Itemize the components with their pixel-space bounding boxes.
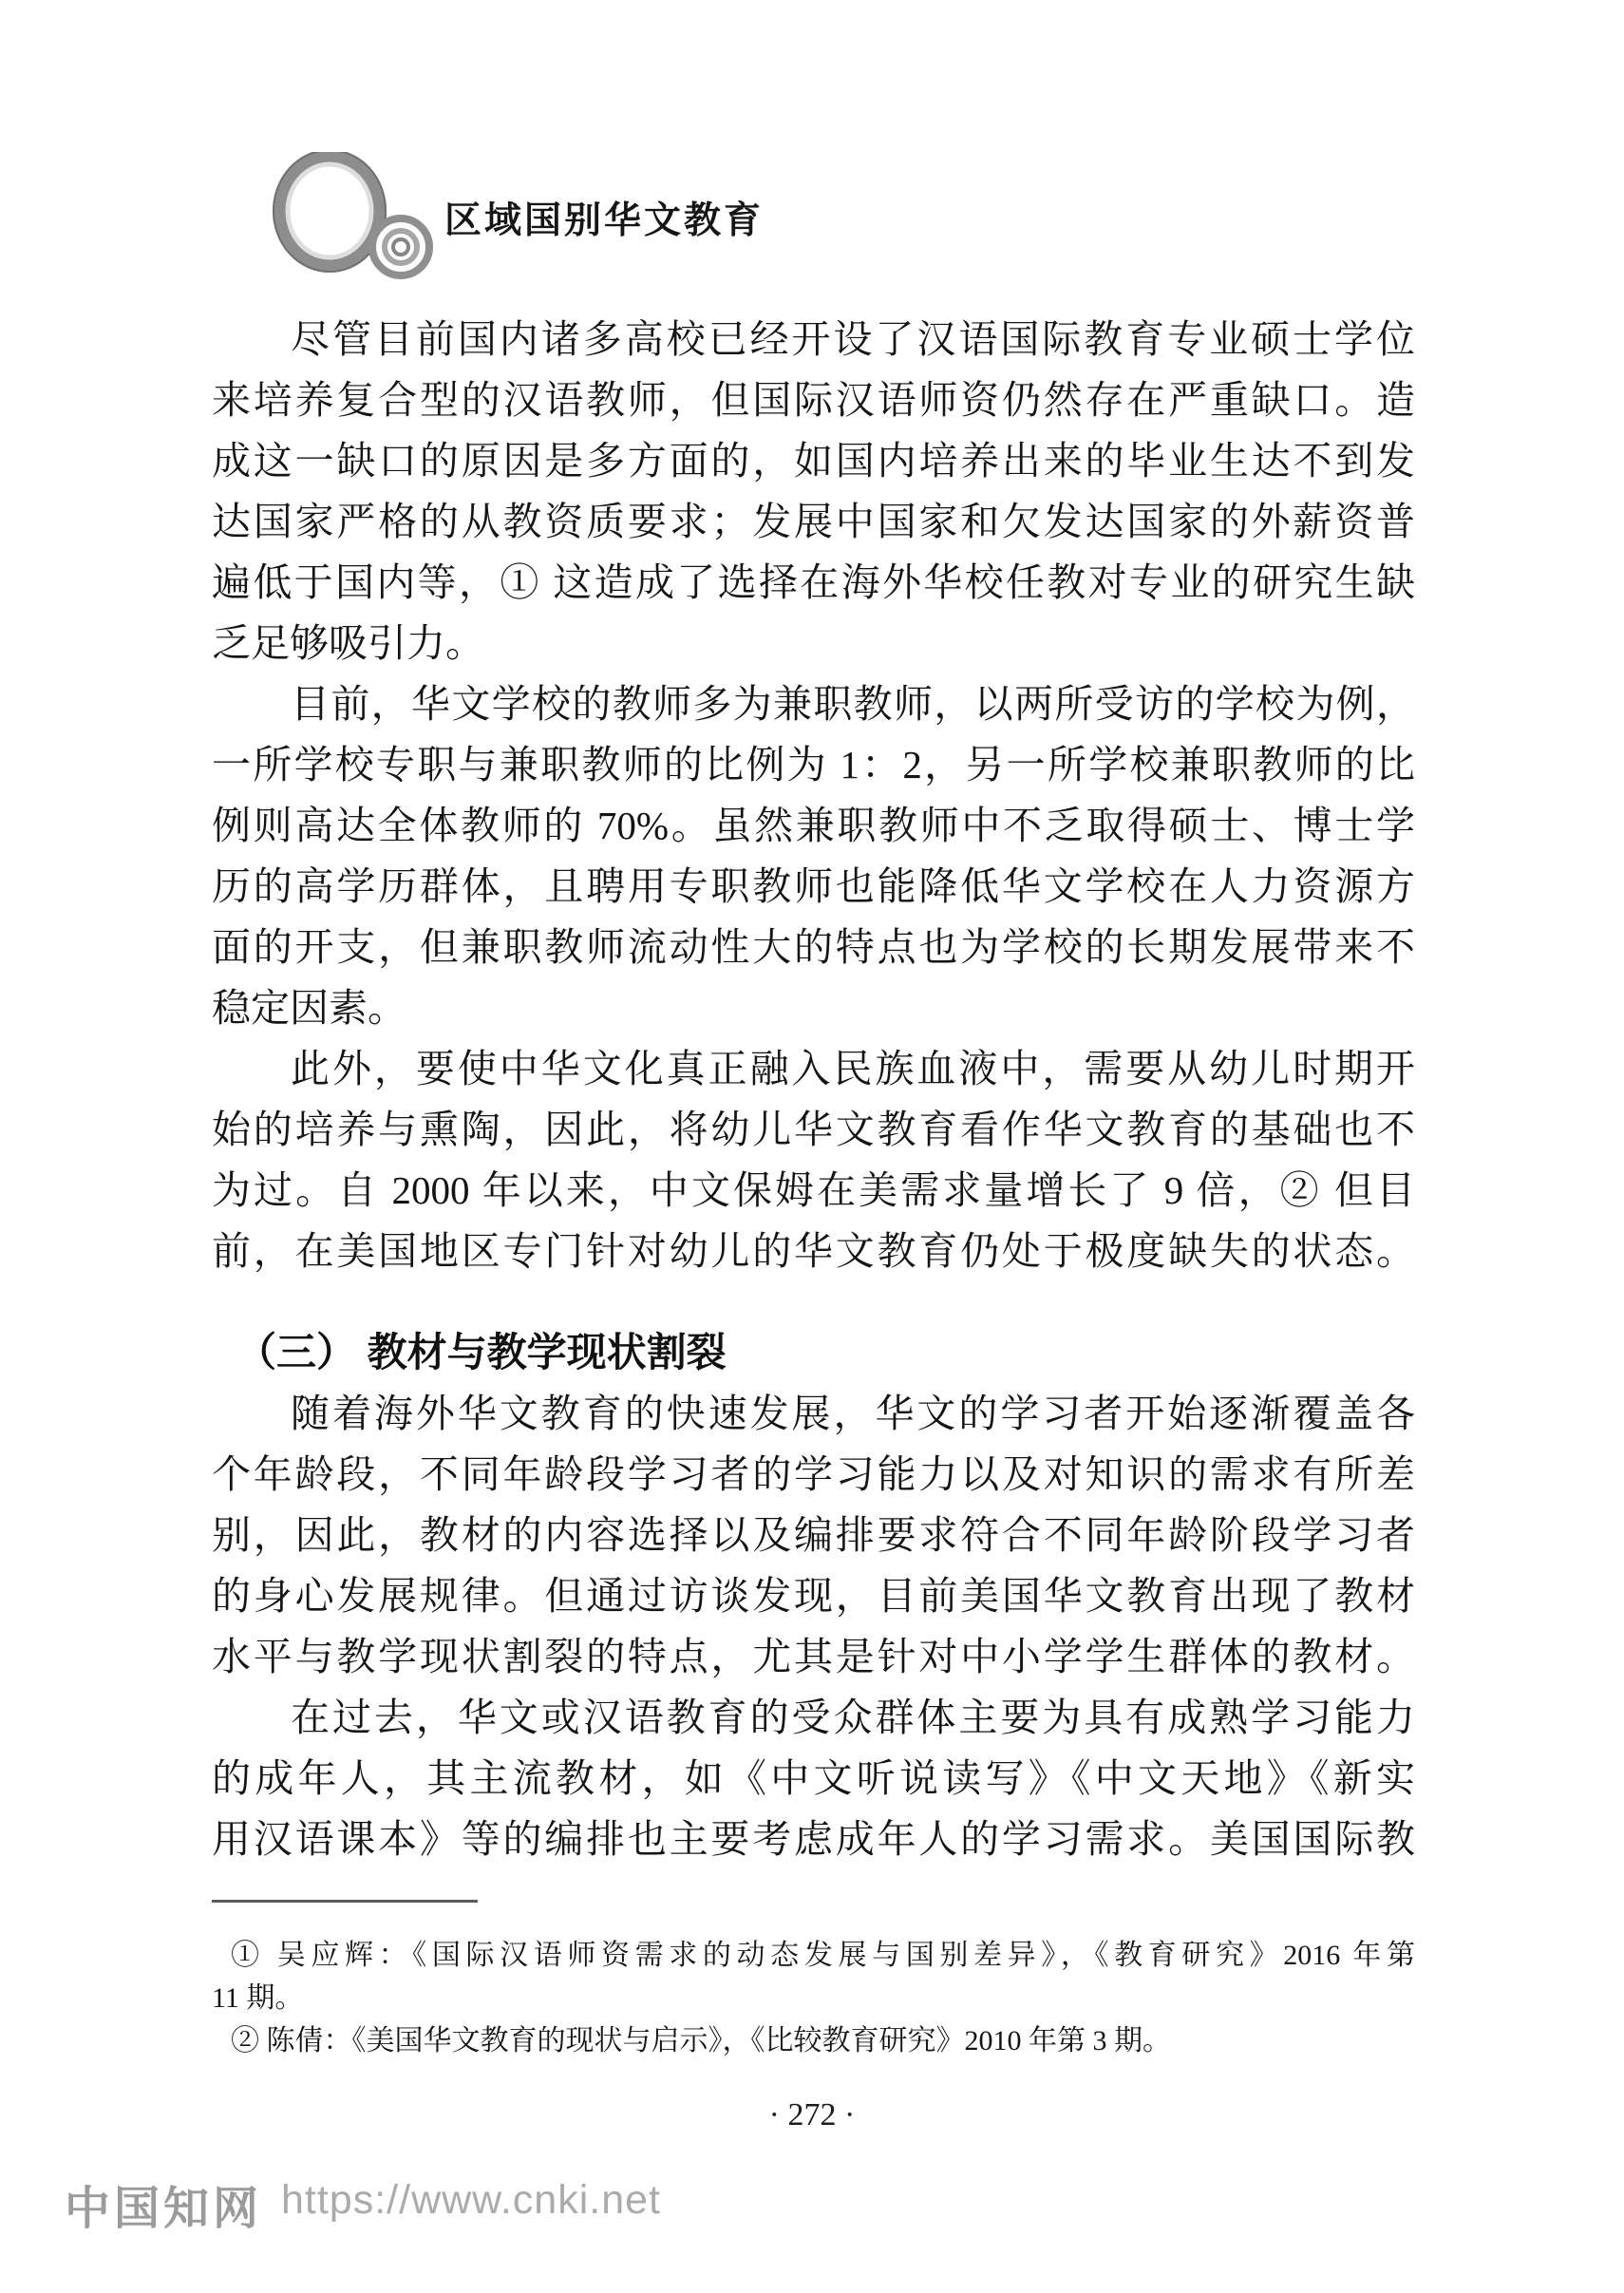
body-line: 水平与教学现状割裂的特点，尤其是针对中小学学生群体的教材。 [212, 1626, 1415, 1687]
body-line: 个年龄段，不同年龄段学习者的学习能力以及对知识的需求有所差 [212, 1444, 1415, 1505]
footnote-rule [212, 1900, 478, 1903]
page-header-title: 区域国别华文教育 [444, 191, 764, 244]
body-line: 来培养复合型的汉语教师，但国际汉语师资仍然存在严重缺口。造 [212, 370, 1415, 430]
body-line: 一所学校专职与兼职教师的比例为 1：2，另一所学校兼职教师的比 [212, 734, 1415, 795]
body-line: 成这一缺口的原因是多方面的，如国内培养出来的毕业生达不到发 [212, 430, 1415, 491]
body-line: 尽管目前国内诸多高校已经开设了汉语国际教育专业硕士学位 [212, 309, 1415, 370]
body-line: 例则高达全体教师的 70%。虽然兼职教师中不乏取得硕士、博士学 [212, 795, 1415, 856]
body-line: 的身心发展规律。但通过访谈发现，目前美国华文教育出现了教材 [212, 1565, 1415, 1626]
body-line: 别，因此，教材的内容选择以及编排要求符合不同年龄阶段学习者 [212, 1505, 1415, 1565]
body-line: 乏足够吸引力。 [212, 613, 1415, 673]
body-line: 稳定因素。 [212, 977, 1415, 1038]
body-line: 历的高学历群体，且聘用专职教师也能降低华文学校在人力资源方 [212, 856, 1415, 917]
body-line: 随着海外华文教育的快速发展，华文的学习者开始逐渐覆盖各 [212, 1383, 1415, 1444]
rings-logo-icon [271, 152, 437, 280]
footnote-line: ② 陈倩：《美国华文教育的现状与启示》，《比较教育研究》2010 年第 3 期。 [212, 2019, 1415, 2062]
page-number: · 272 · [0, 2097, 1624, 2133]
body-text-block-2: 随着海外华文教育的快速发展，华文的学习者开始逐渐覆盖各 个年龄段，不同年龄段学习… [212, 1383, 1415, 1869]
body-line: 此外，要使中华文化真正融入民族血液中，需要从幼儿时期开 [212, 1038, 1415, 1099]
body-line: 面的开支，但兼职教师流动性大的特点也为学校的长期发展带来不 [212, 917, 1415, 977]
section-heading-block: （三） 教材与教学现状割裂 [212, 1322, 1415, 1383]
document-page: 区域国别华文教育 尽管目前国内诸多高校已经开设了汉语国际教育专业硕士学位 来培养… [0, 0, 1624, 2293]
body-line: 为过。自 2000 年以来，中文保姆在美需求量增长了 9 倍，② 但目 [212, 1160, 1415, 1221]
cnki-brand-logo: 中国知网 [65, 2171, 262, 2237]
body-line: 用汉语课本》等的编排也主要考虑成年人的学习需求。美国国际教 [212, 1809, 1415, 1869]
cnki-url: https://www.cnki.net [281, 2177, 661, 2224]
body-line: 的成年人，其主流教材，如《中文听说读写》《中文天地》《新实 [212, 1748, 1415, 1809]
body-line: 达国家严格的从教资质要求；发展中国家和欠发达国家的外薪资普 [212, 491, 1415, 552]
section-heading: （三） 教材与教学现状割裂 [212, 1330, 727, 1374]
body-line: 在过去，华文或汉语教育的受众群体主要为具有成熟学习能力 [212, 1687, 1415, 1748]
body-line: 始的培养与熏陶，因此，将幼儿华文教育看作华文教育的基础也不 [212, 1099, 1415, 1160]
body-line: 前，在美国地区专门针对幼儿的华文教育仍处于极度缺失的状态。 [212, 1221, 1415, 1281]
footnote-line: ① 吴应辉：《国际汉语师资需求的动态发展与国别差异》，《教育研究》2016 年第 [212, 1934, 1415, 1977]
body-line: 目前，华文学校的教师多为兼职教师，以两所受访的学校为例， [212, 673, 1415, 734]
body-line: 遍低于国内等，① 这造成了选择在海外华校任教对专业的研究生缺 [212, 552, 1415, 613]
footnote-line: 11 期。 [212, 1977, 1415, 2019]
body-text-block-1: 尽管目前国内诸多高校已经开设了汉语国际教育专业硕士学位 来培养复合型的汉语教师，… [212, 309, 1415, 1281]
footnotes-block: ① 吴应辉：《国际汉语师资需求的动态发展与国别差异》，《教育研究》2016 年第… [212, 1934, 1415, 2062]
